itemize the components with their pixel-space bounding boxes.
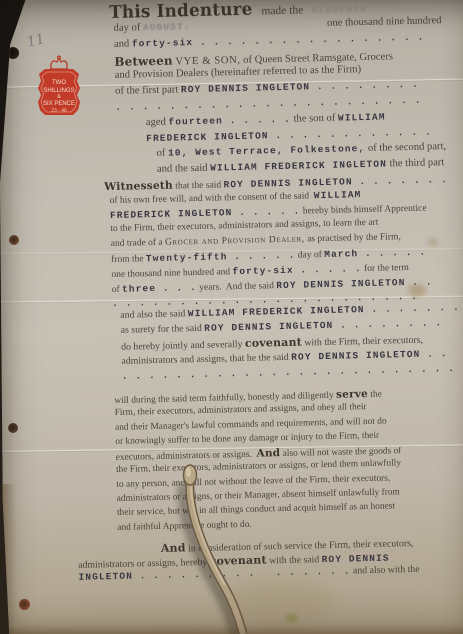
text-segment: FREDERICK INGLETON bbox=[146, 130, 269, 144]
text-segment: do hereby jointly and severally bbox=[121, 339, 245, 353]
text-segment: ROY DENNIS bbox=[322, 553, 390, 566]
text-segment: as practised by the Firm, bbox=[305, 232, 401, 244]
text-segment: And bbox=[161, 541, 186, 555]
text-segment: fourteen bbox=[168, 115, 223, 127]
text-segment: . . . . . bbox=[227, 250, 295, 263]
text-segment: and trade of a bbox=[111, 238, 166, 249]
text-segment: day of bbox=[295, 250, 324, 261]
text-segment: with the Firm, their executors, bbox=[302, 335, 423, 349]
text-segment: . . . . . . . . bbox=[310, 79, 419, 93]
surety-paragraph: and also the said WILLIAM FREDERICK INGL… bbox=[0, 302, 459, 389]
consideration-paragraph: And in consideration of such service the… bbox=[6, 535, 463, 588]
text-segment: Grocer and Provision Dealer, bbox=[165, 235, 305, 248]
text-segment: of the first part bbox=[115, 85, 181, 98]
text-segment: and faithful Apprentice ought to do. bbox=[117, 519, 252, 532]
text-segment: of the second part, bbox=[365, 141, 446, 154]
text-segment: covenant bbox=[245, 336, 302, 350]
text-segment: forty-six bbox=[232, 265, 293, 277]
text-segment: made the bbox=[258, 4, 312, 17]
text-segment: of bbox=[156, 148, 168, 159]
text-segment: from the bbox=[111, 254, 146, 265]
text-segment: years. And the said bbox=[197, 281, 277, 293]
text-segment: . . bbox=[420, 348, 447, 360]
photo-of-document: G 11 TWO SHILLINGS & SIX PENCE 23 · 46 T… bbox=[0, 0, 463, 634]
text-segment: with the said bbox=[267, 554, 322, 566]
text-segment: Witnesseth bbox=[104, 179, 173, 194]
text-segment: the son of bbox=[291, 113, 338, 125]
text-segment: hereby binds himself Apprentice bbox=[300, 203, 426, 216]
text-segment: of his own free will, and with the conse… bbox=[110, 191, 314, 206]
covenants-paragraph: will during the said term faithfully, ho… bbox=[2, 386, 462, 540]
text-segment: March bbox=[324, 248, 358, 260]
text-segment: and also the said bbox=[120, 308, 188, 321]
text-segment: . . . . . bbox=[358, 247, 426, 260]
text-segment: for the term bbox=[362, 263, 409, 274]
text-segment: INGLETON bbox=[78, 571, 133, 583]
text-segment: one thousand nine hundred and bbox=[111, 267, 232, 280]
text-segment: ROY DENNIS INGLETON bbox=[291, 348, 420, 362]
text-segment: . . . . . bbox=[223, 114, 291, 127]
document-page: G 11 TWO SHILLINGS & SIX PENCE 23 · 46 T… bbox=[0, 0, 463, 634]
text-segment: that the said bbox=[173, 180, 224, 191]
text-segment: ROY DENNIS INGLETON bbox=[223, 176, 352, 190]
text-segment: ROY DENNIS INGLETON bbox=[276, 277, 405, 291]
text-segment: . . . . . . . bbox=[353, 174, 448, 187]
text-segment: ROY DENNIS INGLETON bbox=[181, 81, 310, 95]
text-segment: the third part bbox=[387, 157, 445, 169]
text-segment: the bbox=[368, 390, 382, 400]
text-segment: And bbox=[256, 447, 280, 460]
text-segment: as surety for the said bbox=[121, 323, 205, 336]
text-segment: serve bbox=[336, 388, 368, 401]
text-segment: . . . . . bbox=[294, 263, 362, 276]
text-segment: three bbox=[122, 283, 156, 295]
text-segment: . . bbox=[405, 276, 432, 288]
witnesseth-paragraph: Witnesseth that the said ROY DENNIS INGL… bbox=[0, 172, 457, 316]
text-segment: . . . bbox=[156, 282, 197, 294]
text-segment: forty-six bbox=[132, 37, 193, 49]
text-segment: AUGUST. bbox=[143, 21, 191, 33]
text-segment: . . . . . . . . bbox=[333, 317, 442, 331]
text-segment: one thousand nine hundred bbox=[327, 15, 442, 29]
text-segment: of bbox=[112, 284, 123, 294]
text-segment: and the said bbox=[157, 162, 210, 174]
text-segment: covenant bbox=[209, 554, 266, 568]
text-segment: . . . . . bbox=[232, 205, 300, 218]
line-spacer bbox=[191, 26, 327, 29]
text-segment: ROY DENNIS INGLETON bbox=[204, 320, 333, 334]
text-segment: Between bbox=[114, 53, 173, 68]
text-segment: day of bbox=[113, 22, 143, 34]
text-segment: Twenty-fifth bbox=[146, 251, 228, 264]
text-segment: WILLIAM bbox=[338, 112, 386, 124]
text-segment: ELEVENTH bbox=[312, 4, 367, 16]
text-segment: also will not waste the goods of bbox=[280, 446, 401, 459]
text-segment: aged bbox=[146, 117, 169, 129]
document-text: This Indenture made the ELEVENTH day of … bbox=[0, 0, 463, 634]
text-segment: . . . . . . . bbox=[364, 302, 459, 315]
parties-paragraph: aged fourteen . . . . . the son of WILLI… bbox=[0, 110, 454, 183]
text-segment: FREDERICK INGLETON bbox=[110, 207, 233, 221]
text-segment: and bbox=[114, 38, 132, 49]
text-segment: and also with the bbox=[350, 564, 419, 577]
opening-paragraph: day of AUGUST.one thousand nine hundreda… bbox=[0, 15, 453, 121]
text-segment: VYE & SON, bbox=[175, 55, 240, 68]
text-segment: WILLIAM bbox=[314, 189, 362, 201]
